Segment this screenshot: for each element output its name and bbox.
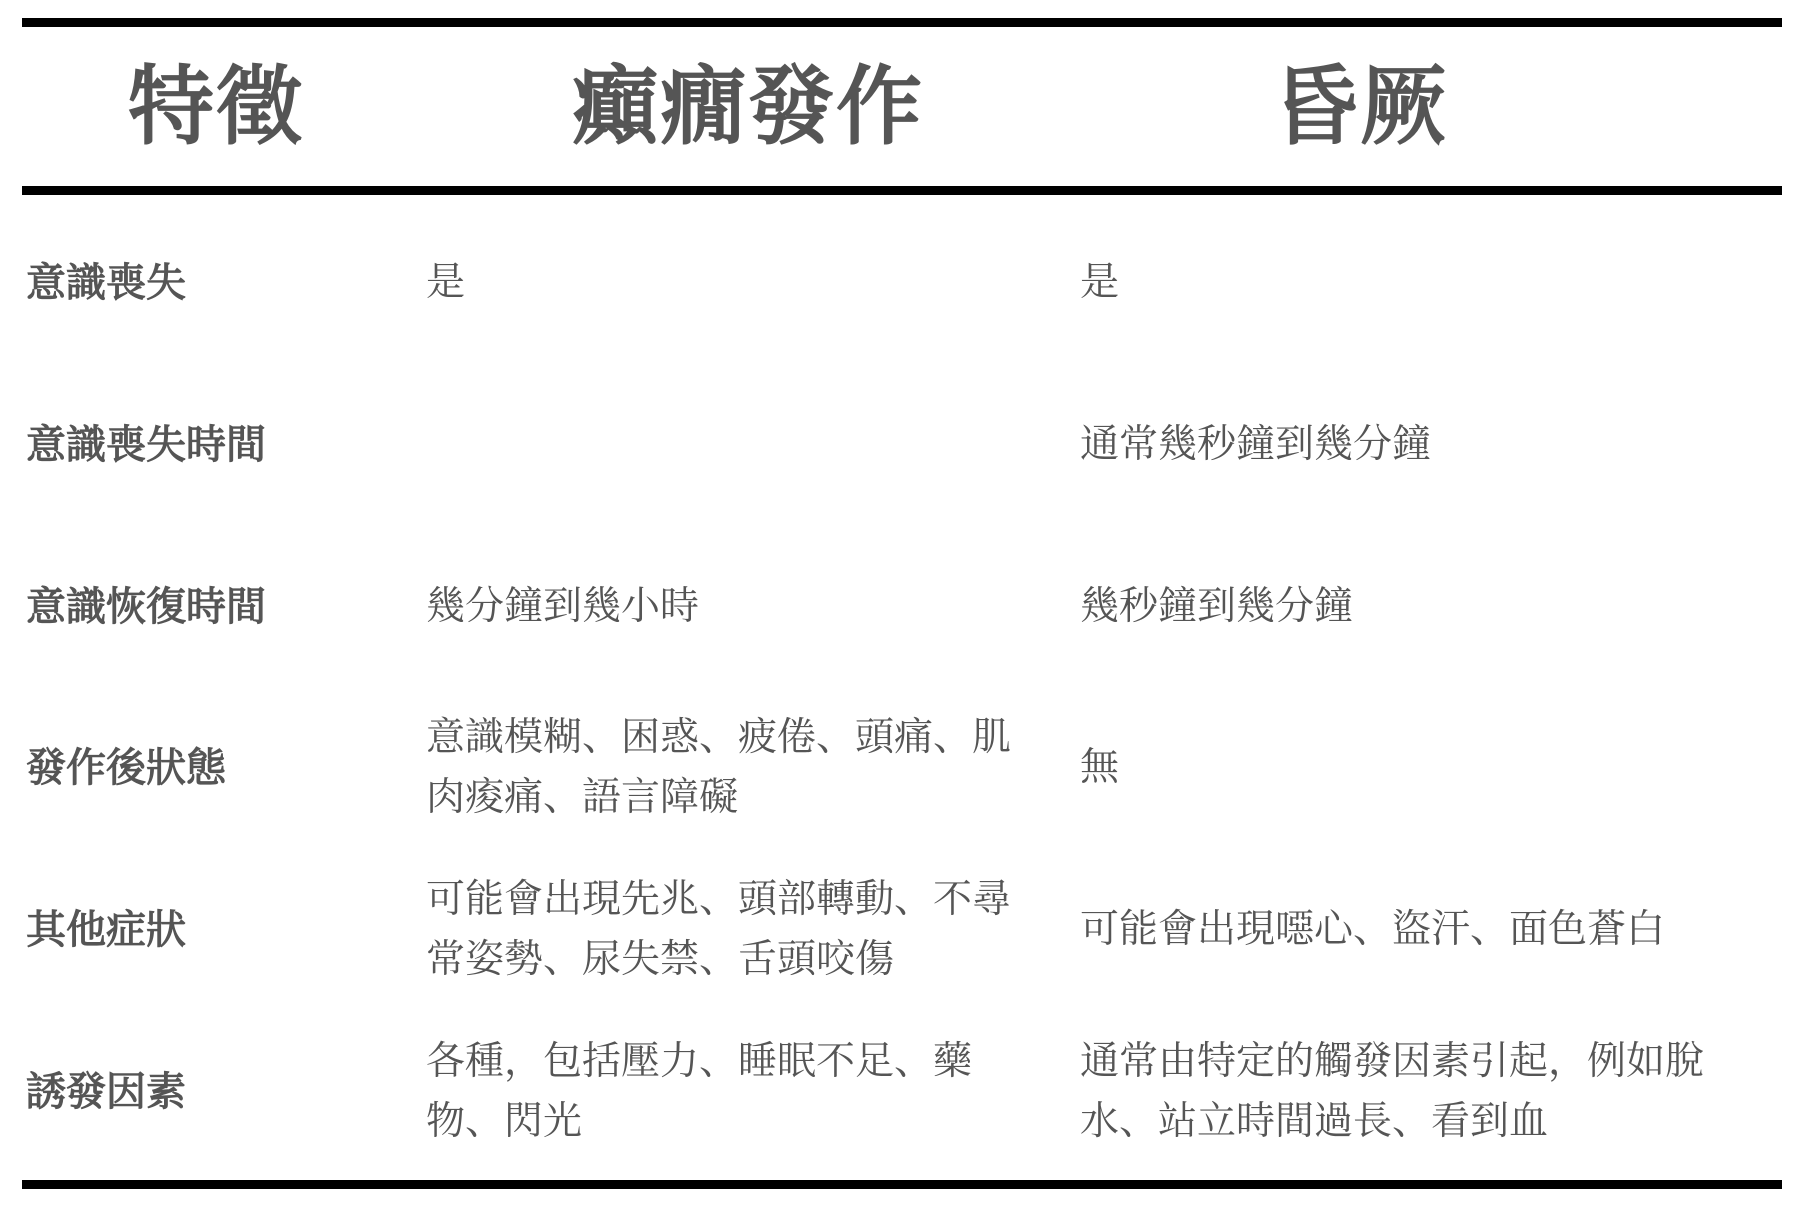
cell-syncope: 通常由特定的觸發因素引起，例如脫水、站立時間過長、看到血 bbox=[1052, 1032, 1782, 1152]
cell-epilepsy: 可能會出現先兆、頭部轉動、不尋常姿勢、尿失禁、舌頭咬傷 bbox=[422, 870, 1052, 990]
top-rule bbox=[22, 18, 1782, 27]
cell-syncope: 無 bbox=[1052, 738, 1782, 798]
table-row: 其他症狀 可能會出現先兆、頭部轉動、不尋常姿勢、尿失禁、舌頭咬傷 可能會出現噁心… bbox=[22, 850, 1782, 1010]
cell-syncope: 幾秒鐘到幾分鐘 bbox=[1052, 577, 1782, 637]
table-row: 意識恢復時間 幾分鐘到幾小時 幾秒鐘到幾分鐘 bbox=[22, 527, 1782, 687]
cell-epilepsy: 是 bbox=[422, 253, 1052, 313]
table-body: 意識喪失 是 是 意識喪失時間 通常幾秒鐘到幾分鐘 意識恢復時間 幾分鐘到幾小時… bbox=[22, 195, 1782, 1180]
cell-epilepsy: 意識模糊、困惑、疲倦、頭痛、肌肉痠痛、語言障礙 bbox=[422, 708, 1052, 828]
header-epilepsy: 癲癇發作 bbox=[422, 64, 1052, 150]
row-label-other-symptoms: 其他症狀 bbox=[22, 906, 422, 954]
cell-epilepsy: 各種，包括壓力、睡眠不足、藥物、閃光 bbox=[422, 1032, 1052, 1152]
cell-syncope: 通常幾秒鐘到幾分鐘 bbox=[1052, 415, 1782, 475]
header-feature: 特徵 bbox=[22, 64, 422, 150]
cell-epilepsy: 幾分鐘到幾小時 bbox=[422, 577, 1052, 637]
table-row: 意識喪失 是 是 bbox=[22, 203, 1782, 363]
table-header-row: 特徵 癲癇發作 昏厥 bbox=[22, 27, 1782, 186]
row-label-recovery-time: 意識恢復時間 bbox=[22, 583, 422, 631]
cell-syncope: 是 bbox=[1052, 253, 1782, 313]
table-row: 誘發因素 各種，包括壓力、睡眠不足、藥物、閃光 通常由特定的觸發因素引起，例如脫… bbox=[22, 1012, 1782, 1172]
row-label-triggers: 誘發因素 bbox=[22, 1068, 422, 1116]
cell-syncope: 可能會出現噁心、盜汗、面色蒼白 bbox=[1052, 900, 1782, 960]
bottom-rule bbox=[22, 1180, 1782, 1189]
row-label-loss-duration: 意識喪失時間 bbox=[22, 421, 422, 469]
comparison-table: 特徵 癲癇發作 昏厥 意識喪失 是 是 意識喪失時間 通常幾秒鐘到幾分鐘 意識恢… bbox=[22, 18, 1782, 1189]
table-row: 意識喪失時間 通常幾秒鐘到幾分鐘 bbox=[22, 365, 1782, 525]
header-syncope: 昏厥 bbox=[1052, 64, 1782, 150]
header-rule bbox=[22, 186, 1782, 195]
row-label-post-episode-state: 發作後狀態 bbox=[22, 744, 422, 792]
table-row: 發作後狀態 意識模糊、困惑、疲倦、頭痛、肌肉痠痛、語言障礙 無 bbox=[22, 688, 1782, 848]
row-label-loss-of-consciousness: 意識喪失 bbox=[22, 259, 422, 307]
